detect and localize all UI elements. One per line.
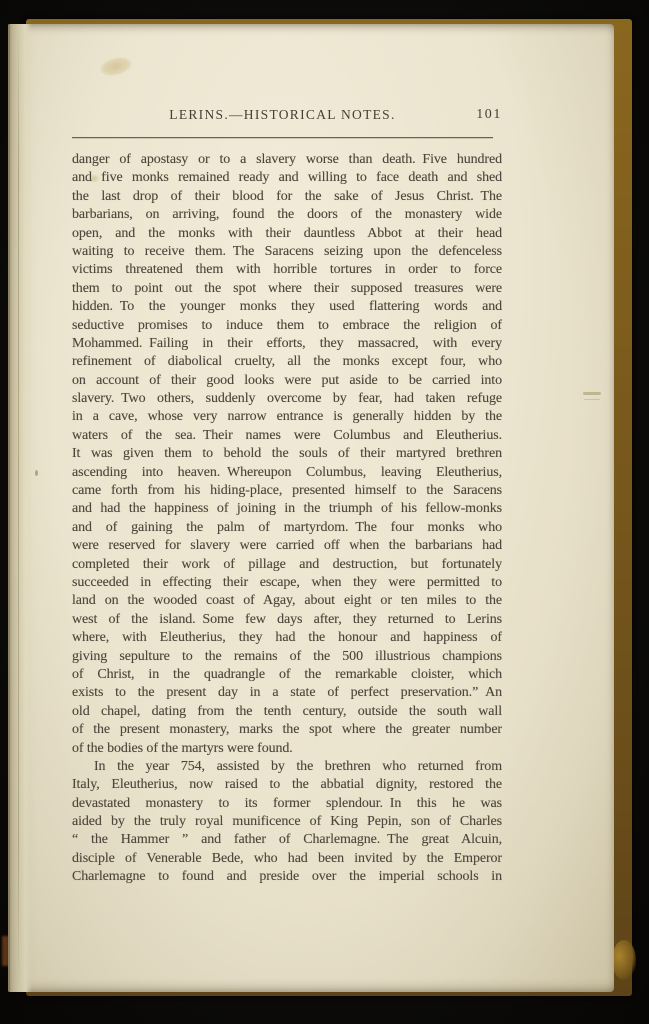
text-line: devastated monastery to its former splen… [72, 795, 502, 813]
text-line: slavery. Two others, suddenly overcome b… [72, 390, 502, 408]
text-line: on account of their good looks were put … [72, 372, 502, 390]
page-body-text: danger of apostasy or to a slavery worse… [72, 151, 502, 887]
text-line: completed their work of pillage and dest… [72, 556, 502, 574]
text-line: Charlemagne to found and preside over th… [72, 868, 502, 886]
text-line: open, and the monks with their dauntless… [72, 225, 502, 243]
book-page: LERINS.—HISTORICAL NOTES. 101 danger of … [8, 24, 614, 992]
page-gutter-edge [8, 24, 32, 992]
gutter-crease [18, 24, 19, 992]
text-line: Mohammed. Failing in their efforts, they… [72, 335, 502, 353]
text-line: seductive promises to induce them to emb… [72, 317, 502, 335]
text-line: hidden. To the younger monks they used f… [72, 298, 502, 316]
text-line: succeeded in effecting their escape, whe… [72, 574, 502, 592]
text-line: victims threatened them with horrible to… [72, 261, 502, 279]
text-line: giving sepulture to the remains of the 5… [72, 648, 502, 666]
photograph-background: LERINS.—HISTORICAL NOTES. 101 danger of … [0, 0, 649, 1024]
text-line: were reserved for slavery were carried o… [72, 537, 502, 555]
text-line: Italy, Eleutherius, now raised to the ab… [72, 776, 502, 794]
fore-edge-mark [583, 392, 601, 395]
text-line: in a cave, whose very narrow entrance is… [72, 408, 502, 426]
page-number: 101 [476, 107, 502, 123]
text-line: In the year 754, assisted by the brethre… [72, 758, 502, 776]
text-line: waiting to receive them. The Saracens se… [72, 243, 502, 261]
text-line: them to point out the spot where their s… [72, 280, 502, 298]
page-speck [35, 470, 38, 476]
text-line: “ the Hammer ” and father of Charlemagne… [72, 831, 502, 849]
page-stain [98, 54, 133, 78]
text-line: of the bodies of the martyrs were found. [72, 740, 502, 758]
text-line: of the present monastery, marks the spot… [72, 721, 502, 739]
cover-frayed-corner [612, 940, 636, 980]
running-title: LERINS.—HISTORICAL NOTES. [169, 107, 395, 123]
text-line: of Christ, in the quadrangle of the rema… [72, 666, 502, 684]
text-line: It was given them to behold the souls of… [72, 445, 502, 463]
page-header: LERINS.—HISTORICAL NOTES. 101 [72, 107, 502, 127]
text-line: exists to the present day in a state of … [72, 684, 502, 702]
text-line: west of the island. Some few days after,… [72, 611, 502, 629]
text-line: and five monks remained ready and willin… [72, 169, 502, 187]
text-line: aided by the truly royal munificence of … [72, 813, 502, 831]
text-line: came forth from his hiding-place, presen… [72, 482, 502, 500]
text-line: waters of the sea. Their names were Colu… [72, 427, 502, 445]
text-line: and had the happiness of joining in the … [72, 500, 502, 518]
text-line: ascending into heaven. Whereupon Columbu… [72, 464, 502, 482]
text-line: old chapel, dating from the tenth centur… [72, 703, 502, 721]
text-line: where, with Eleutherius, they had the ho… [72, 629, 502, 647]
text-line: and of gaining the palm of martyrdom. Th… [72, 519, 502, 537]
text-line: the last drop of their blood for the sak… [72, 188, 502, 206]
text-line: land on the wooded coast of Agay, about … [72, 592, 502, 610]
header-rule [72, 137, 493, 138]
text-line: refinement of diabolical cruelty, all th… [72, 353, 502, 371]
text-line: danger of apostasy or to a slavery worse… [72, 151, 502, 169]
text-line: disciple of Venerable Bede, who had been… [72, 850, 502, 868]
text-line: barbarians, on arriving, found the doors… [72, 206, 502, 224]
